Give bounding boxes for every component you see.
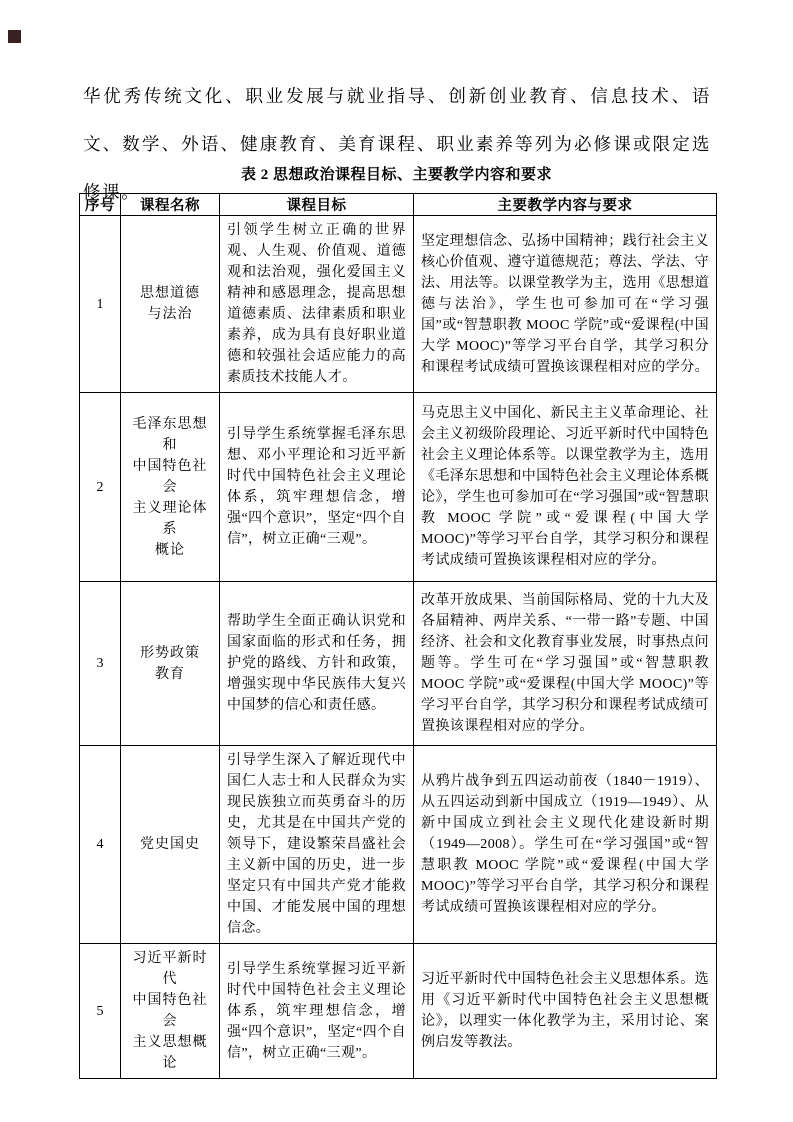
- course-objective: 引导学生深入了解近现代中国仁人志士和人民群众为实现民族独立而英勇奋斗的历史，尤其…: [220, 746, 414, 944]
- course-name: 毛泽东思想和 中国特色社会 主义理论体系 概论: [121, 393, 220, 582]
- corner-mark: [8, 30, 21, 43]
- course-objective: 帮助学生全面正确认识党和国家面临的形式和任务，拥护党的路线、方针和政策，增强实现…: [220, 582, 414, 746]
- course-content: 马克思主义中国化、新民主主义革命理论、社会主义初级阶段理论、习近平新时代中国特色…: [414, 393, 717, 582]
- course-content: 从鸦片战争到五四运动前夜（1840－1919）、从五四运动到新中国成立（1919…: [414, 746, 717, 944]
- course-content: 改革开放成果、当前国际格局、党的十九大及各届精神、两岸关系、“一带一路”专题、中…: [414, 582, 717, 746]
- course-content: 习近平新时代中国特色社会主义思想体系。选用《习近平新时代中国特色社会主义思想概论…: [414, 944, 717, 1079]
- col-header-content: 主要教学内容与要求: [414, 194, 717, 216]
- table-caption: 表 2 思想政治课程目标、主要教学内容和要求: [0, 163, 793, 184]
- course-name: 党史国史: [121, 746, 220, 944]
- row-number: 5: [80, 944, 121, 1079]
- course-name: 思想道德 与法治: [121, 216, 220, 393]
- course-name: 习近平新时代 中国特色社会 主义思想概论: [121, 944, 220, 1079]
- course-table: 序号 课程名称 课程目标 主要教学内容与要求 1 思想道德 与法治 引领学生树立…: [79, 193, 717, 1079]
- document-page: 华优秀传统文化、职业发展与就业指导、创新创业教育、信息技术、语文、数学、外语、健…: [0, 0, 793, 1122]
- row-number: 3: [80, 582, 121, 746]
- table-row: 4 党史国史 引导学生深入了解近现代中国仁人志士和人民群众为实现民族独立而英勇奋…: [80, 746, 717, 944]
- col-header-objective: 课程目标: [220, 194, 414, 216]
- row-number: 2: [80, 393, 121, 582]
- table-row: 3 形势政策 教育 帮助学生全面正确认识党和国家面临的形式和任务，拥护党的路线、…: [80, 582, 717, 746]
- row-number: 4: [80, 746, 121, 944]
- course-content: 坚定理想信念、弘扬中国精神；践行社会主义核心价值观、遵守道德规范；尊法、学法、守…: [414, 216, 717, 393]
- col-header-course-name: 课程名称: [121, 194, 220, 216]
- course-objective: 引导学生系统掌握习近平新时代中国特色社会主义理论体系，筑牢理想信念，增强“四个意…: [220, 944, 414, 1079]
- course-objective: 引导学生系统掌握毛泽东思想、邓小平理论和习近平新时代中国特色社会主义理论体系，筑…: [220, 393, 414, 582]
- table-header-row: 序号 课程名称 课程目标 主要教学内容与要求: [80, 194, 717, 216]
- table-row: 1 思想道德 与法治 引领学生树立正确的世界观、人生观、价值观、道德观和法治观，…: [80, 216, 717, 393]
- table-row: 2 毛泽东思想和 中国特色社会 主义理论体系 概论 引导学生系统掌握毛泽东思想、…: [80, 393, 717, 582]
- row-number: 1: [80, 216, 121, 393]
- course-name: 形势政策 教育: [121, 582, 220, 746]
- col-header-no: 序号: [80, 194, 121, 216]
- table-row: 5 习近平新时代 中国特色社会 主义思想概论 引导学生系统掌握习近平新时代中国特…: [80, 944, 717, 1079]
- course-objective: 引领学生树立正确的世界观、人生观、价值观、道德观和法治观，强化爱国主义精神和感恩…: [220, 216, 414, 393]
